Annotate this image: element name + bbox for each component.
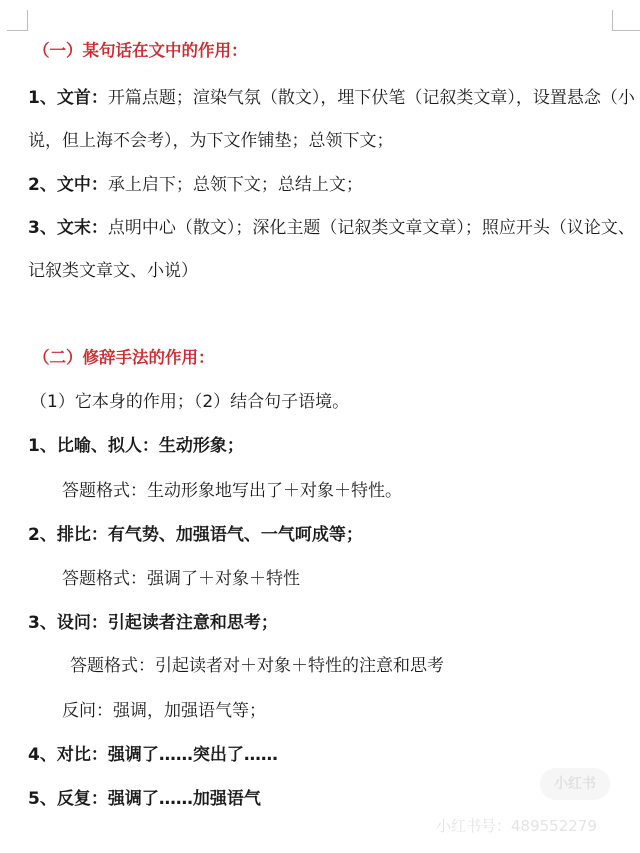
page-corner-mark-right [612, 10, 640, 31]
watermark-logo: 小红书 [540, 768, 610, 800]
item-text: 开篇点题；渲染气氛（散文），埋下伏笔（记叙类文章），设置悬念（小 [108, 88, 635, 108]
item-2-1: 1、比喻、拟人：生动形象； [28, 435, 244, 457]
item-text: 强调了……加强语气 [108, 789, 261, 809]
item-1-2: 2、文中：承上启下；总领下文；总结上文； [28, 174, 363, 196]
item-text: 有气势、加强语气、一气呵成等； [108, 525, 363, 545]
item-label: 2、文中： [28, 175, 108, 195]
item-2-4: 4、对比：强调了……突出了…… [28, 744, 278, 766]
item-label: 4、对比： [28, 745, 108, 765]
item-2-3: 3、设问：引起读者注意和思考； [28, 612, 278, 634]
item-2-1-format: 答题格式：生动形象地写出了＋对象＋特性。 [62, 480, 402, 502]
section-2-intro: （1）它本身的作用；（2）结合句子语境。 [30, 391, 349, 413]
section-2-heading: （二）修辞手法的作用： [33, 347, 215, 369]
item-label: 5、反复： [28, 789, 108, 809]
item-1-1: 1、文首：开篇点题；渲染气氛（散文），埋下伏笔（记叙类文章），设置悬念（小 [28, 87, 635, 109]
item-label: 2、排比： [28, 525, 108, 545]
item-label: 3、设问： [28, 613, 108, 633]
item-label: 3、文末： [28, 218, 108, 238]
item-text: 点明中心（散文）；深化主题（记叙类文章文章）；照应开头（议论文、 [108, 218, 635, 238]
item-text: 承上启下；总领下文；总结上文； [108, 175, 363, 195]
item-2-3-format: 答题格式：引起读者对＋对象＋特性的注意和思考 [70, 655, 444, 677]
page-corner-mark-left [7, 10, 28, 31]
item-1-3-continued: 记叙类文章文、小说） [28, 260, 198, 282]
section-1-heading: （一）某句话在文中的作用： [33, 40, 248, 62]
item-label: 1、比喻、拟人： [28, 436, 159, 456]
item-2-2: 2、排比：有气势、加强语气、一气呵成等； [28, 524, 363, 546]
item-2-3-extra: 反问：强调，加强语气等； [62, 700, 266, 722]
watermark-id: 小红书号：489552279 [436, 815, 597, 836]
item-text: 生动形象； [159, 436, 244, 456]
item-text: 引起读者注意和思考； [108, 613, 278, 633]
item-label: 1、文首： [28, 88, 108, 108]
item-1-1-continued: 说，但上海不会考），为下文作铺垫；总领下文； [28, 130, 394, 152]
item-2-5: 5、反复：强调了……加强语气 [28, 788, 261, 810]
item-1-3: 3、文末：点明中心（散文）；深化主题（记叙类文章文章）；照应开头（议论文、 [28, 217, 635, 239]
item-text: 强调了……突出了…… [108, 745, 278, 765]
item-2-2-format: 答题格式：强调了＋对象＋特性 [62, 568, 300, 590]
